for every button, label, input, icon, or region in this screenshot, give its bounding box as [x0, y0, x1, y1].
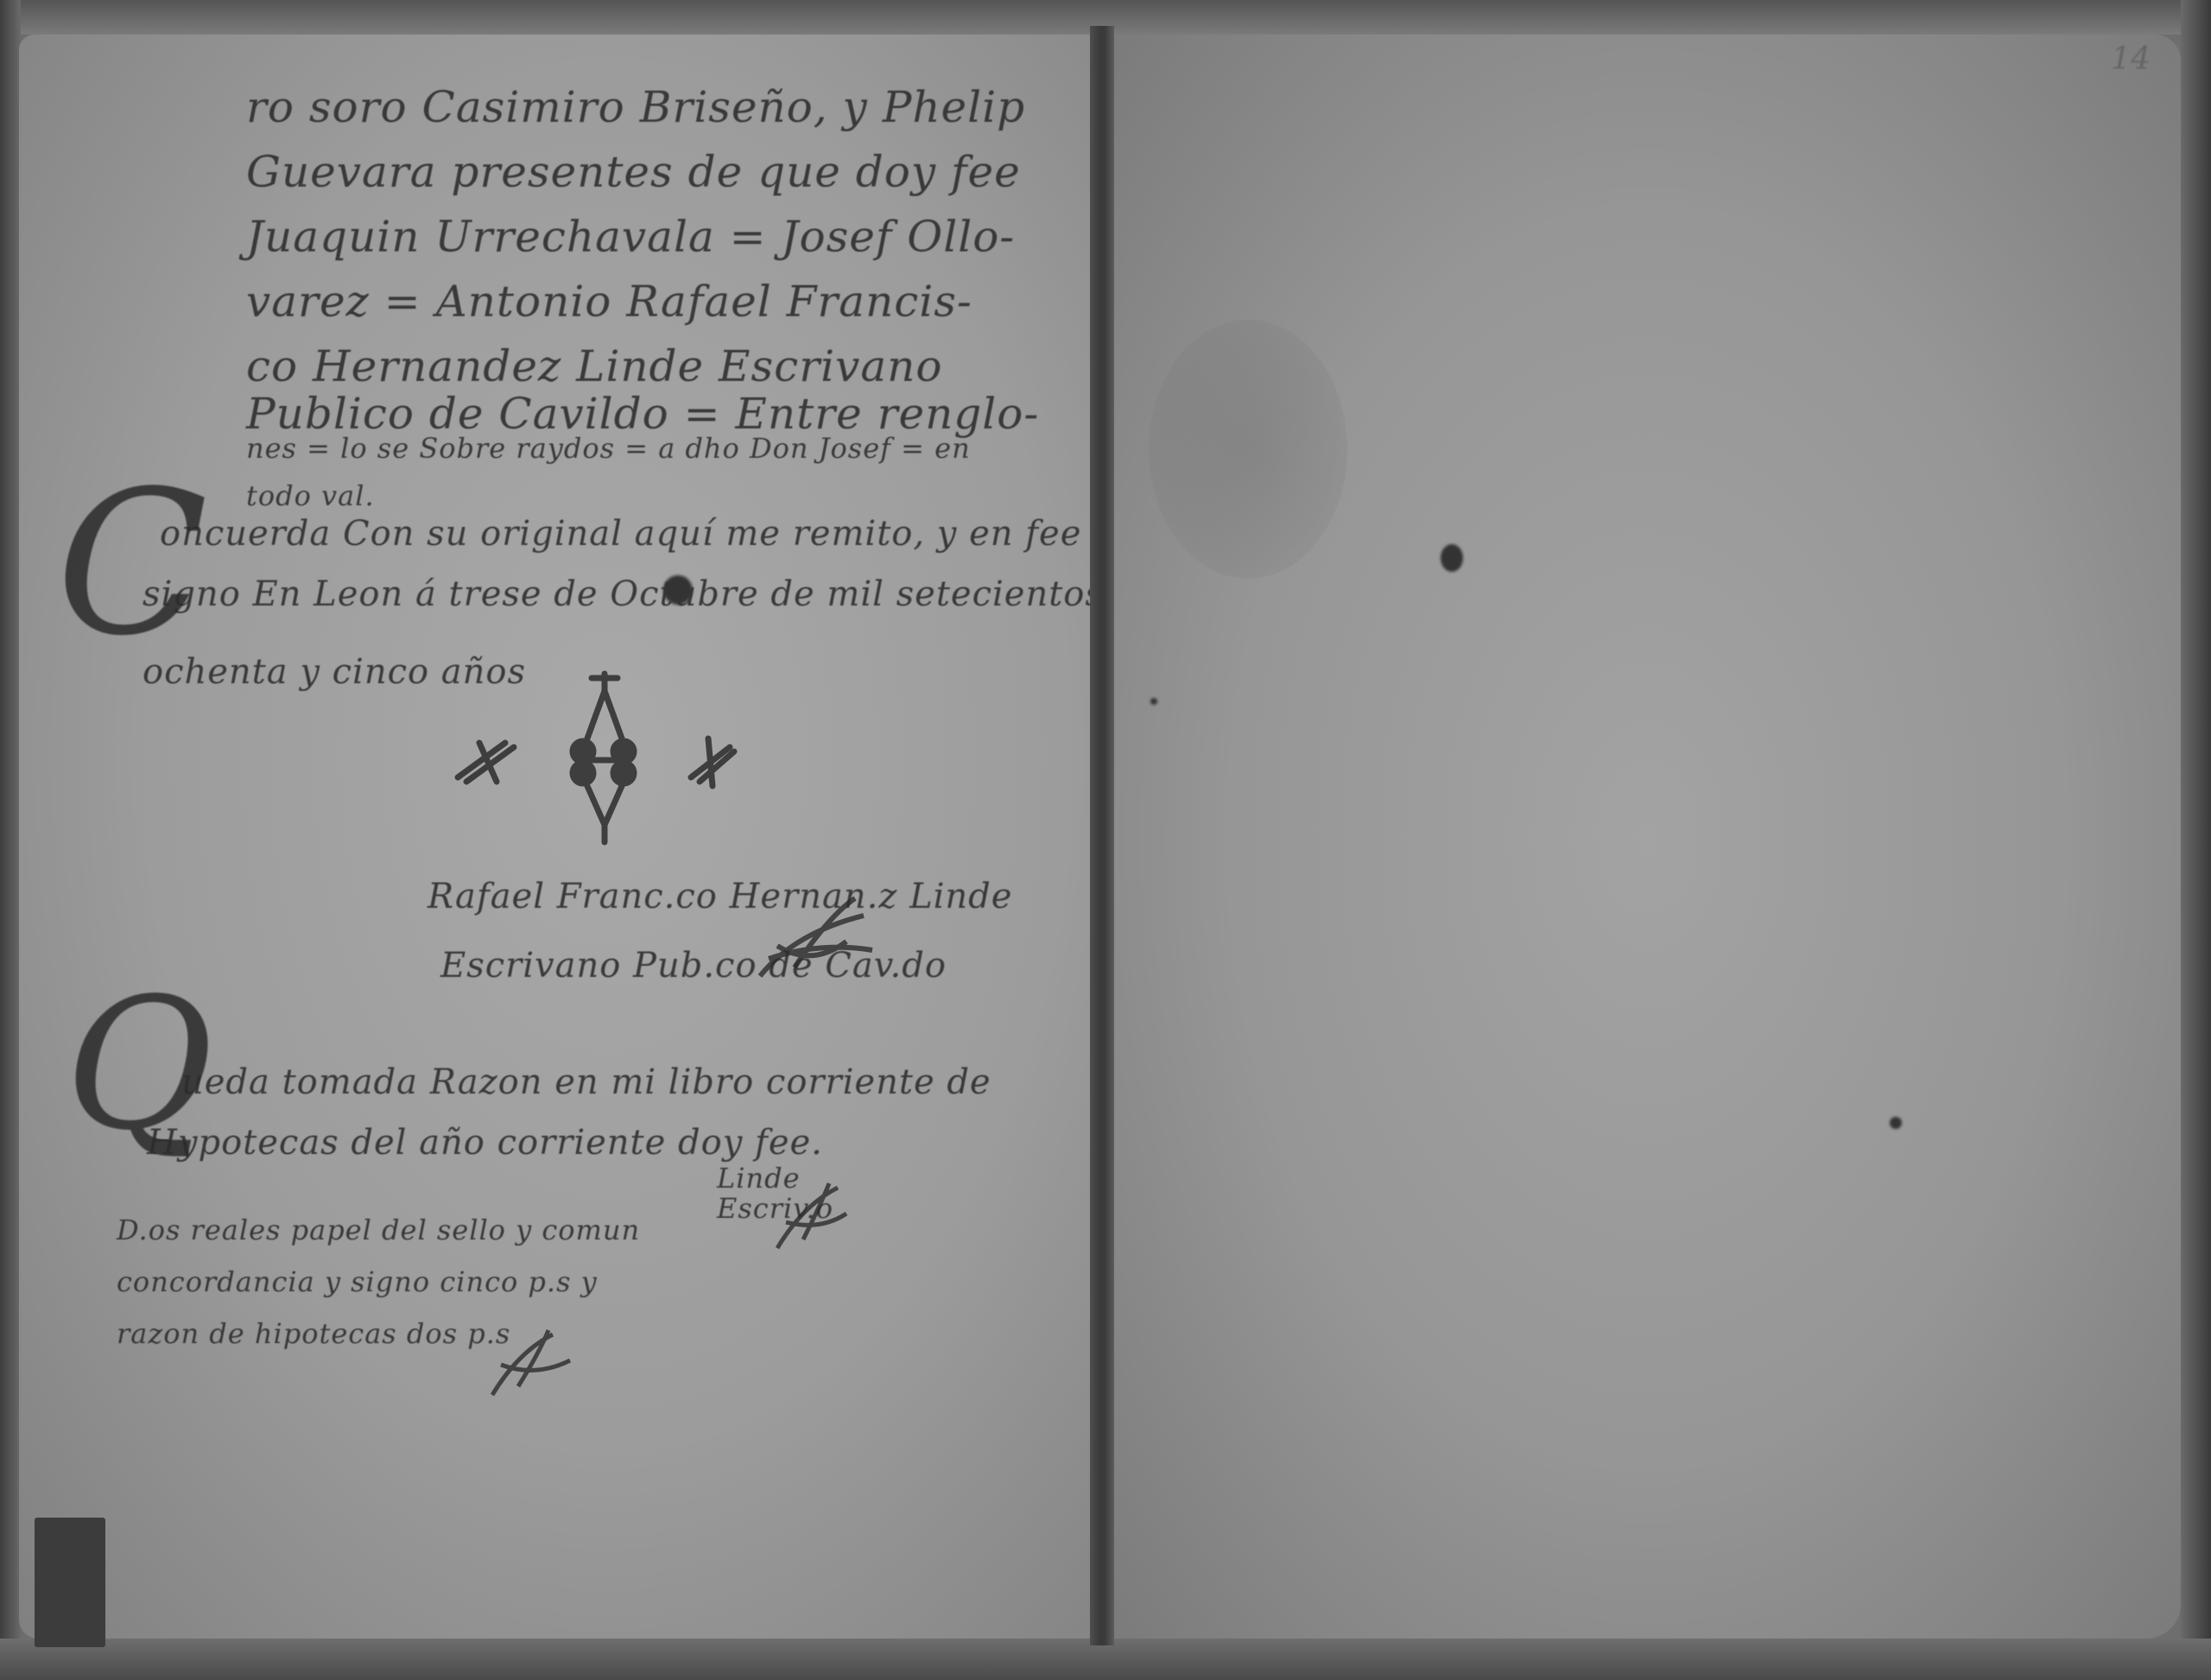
ink-spot — [1150, 698, 1157, 705]
fees-line-1: D.os reales papel del sello y comun — [117, 1214, 640, 1246]
right-page — [1114, 35, 2181, 1639]
notarial-sign-icon — [432, 665, 777, 855]
concordance-line-2: signo En Leon á trese de Octubre de mil … — [143, 574, 1136, 614]
scan-frame-right — [2181, 0, 2211, 1680]
water-stain — [1149, 320, 1347, 579]
scan-frame-left — [0, 0, 21, 1680]
manuscript-spread: ro soro Casimiro Briseño, y Phelip Gueva… — [0, 0, 2211, 1680]
concordance-initial: C — [56, 449, 208, 680]
body-line-1: ro soro Casimiro Briseño, y Phelip — [246, 82, 1025, 132]
body-line-5: co Hernandez Linde Escrivano — [246, 341, 942, 391]
body-line-2: Guevara presentes de que doy fee — [246, 147, 1021, 197]
book-gutter — [1090, 26, 1114, 1645]
registration-line-2: Hypotecas del año corriente doy fee. — [147, 1123, 823, 1163]
ink-spot — [1890, 1117, 1902, 1129]
folio-number: 14 — [2111, 41, 2151, 77]
body-line-3: Juaquin Urrechavala = Josef Ollo- — [246, 212, 1015, 262]
rubric-flourish-icon — [760, 1170, 855, 1257]
rubric-flourish-icon — [475, 1317, 579, 1404]
ink-blot — [663, 575, 693, 605]
rubric-flourish-icon — [743, 881, 890, 993]
notary-signature-line-1: Rafael Franc.co Hernan.z Linde — [428, 877, 1012, 916]
binding-tab — [35, 1518, 105, 1647]
fees-line-2: concordancia y signo cinco p.s y — [117, 1265, 598, 1298]
ink-spot — [1441, 544, 1463, 572]
fees-line-3: razon de hipotecas dos p.s — [117, 1317, 510, 1350]
body-line-4: varez = Antonio Rafael Francis- — [246, 276, 972, 326]
body-line-8: todo val. — [246, 479, 375, 512]
registration-line-1: ueda tomada Razon en mi libro corriente … — [181, 1062, 991, 1102]
body-line-7: nes = lo se Sobre raydos = a dho Don Jos… — [246, 432, 971, 465]
